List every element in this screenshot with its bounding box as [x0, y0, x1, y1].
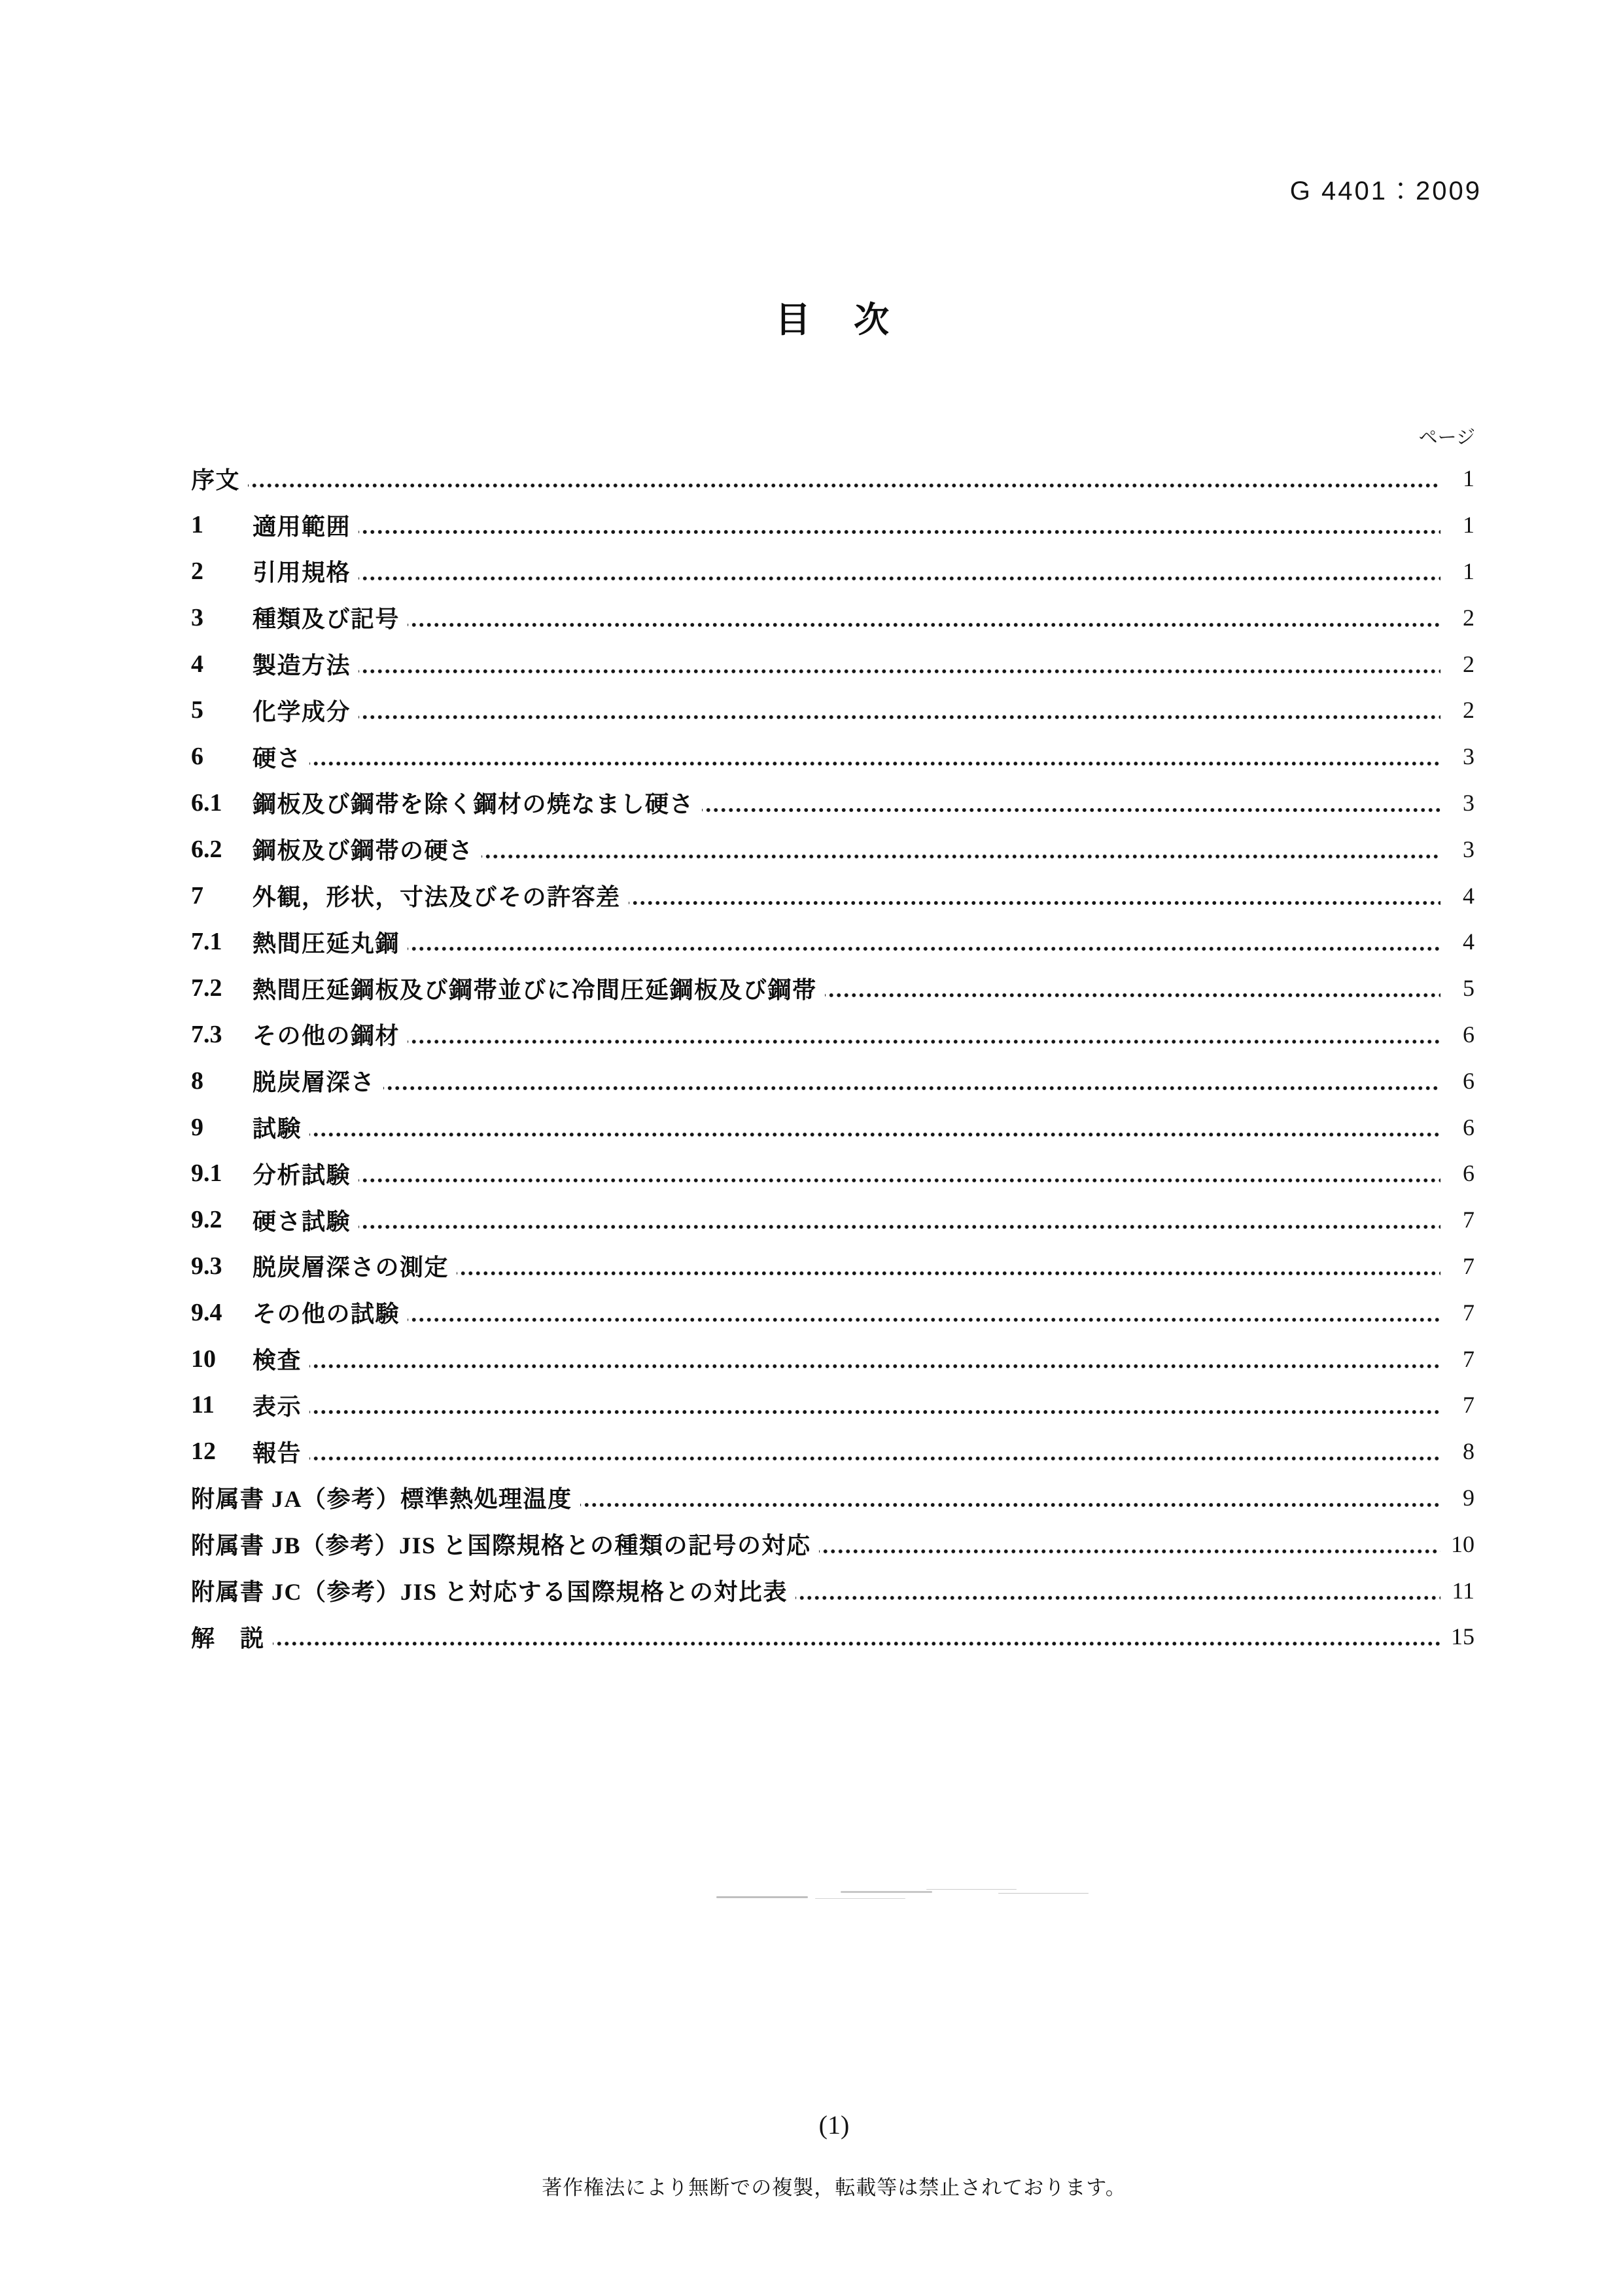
toc-item-page-number: 1 [1446, 465, 1475, 492]
toc-row: 5化学成分2 [191, 687, 1475, 733]
toc-item-page-number: 1 [1446, 511, 1475, 539]
toc-item-page-number: 5 [1446, 974, 1475, 1002]
toc-item-title: 熱間圧延丸鋼 [253, 925, 400, 959]
toc-item-title: 鋼板及び鋼帯を除く鋼材の焼なまし硬さ [253, 786, 694, 819]
toc-item-title: 解 説 [191, 1620, 265, 1653]
toc-item-title: 検査 [253, 1342, 302, 1375]
toc-item-title: 鋼板及び鋼帯の硬さ [253, 832, 474, 866]
copyright-notice: 著作権法により無断での複製，転載等は禁止されております。 [193, 2171, 1475, 2200]
toc-item-title: 分析試験 [253, 1157, 351, 1190]
dotted-leader [248, 464, 1440, 493]
dotted-leader [309, 1437, 1440, 1466]
toc-item-page-number: 3 [1446, 836, 1475, 863]
toc-item-page-number: 10 [1446, 1530, 1475, 1558]
toc-row: 附属書 JC（参考）JIS と対応する国際規格との対比表11 [191, 1567, 1475, 1614]
dotted-leader [819, 1530, 1440, 1559]
toc-item-number: 10 [191, 1345, 253, 1373]
toc-item-number: 2 [191, 557, 253, 586]
toc-item-number: 7.1 [191, 927, 253, 956]
toc-item-title: 硬さ [253, 740, 302, 773]
dotted-leader [273, 1622, 1440, 1651]
toc-item-page-number: 1 [1446, 557, 1475, 585]
dotted-leader [408, 1298, 1440, 1327]
toc-item-page-number: 6 [1446, 1021, 1475, 1048]
dotted-leader [309, 1113, 1440, 1142]
toc-row: 1適用範囲1 [191, 502, 1475, 548]
toc-row: 7.2熱間圧延鋼板及び鋼帯並びに冷間圧延鋼板及び鋼帯5 [191, 965, 1475, 1012]
toc-row: 9.2硬さ試験7 [191, 1197, 1475, 1243]
dotted-leader [481, 835, 1440, 864]
toc-item-title: 附属書 JC（参考）JIS と対応する国際規格との対比表 [191, 1574, 788, 1607]
toc-row: 序文1 [191, 455, 1475, 502]
page-title: 目 次 [193, 292, 1475, 342]
toc-row: 附属書 JA（参考）標準熱処理温度9 [191, 1475, 1475, 1521]
toc-item-page-number: 2 [1446, 650, 1475, 678]
toc-item-title: 化学成分 [253, 694, 351, 727]
toc-item-number: 4 [191, 650, 253, 679]
toc-item-number: 6.2 [191, 835, 253, 864]
toc-item-title: 種類及び記号 [253, 601, 400, 634]
dotted-leader [408, 927, 1440, 956]
toc-row: 7外観，形状，寸法及びその許容差4 [191, 872, 1475, 919]
toc-item-number: 7.2 [191, 974, 253, 1002]
dotted-leader [629, 881, 1440, 910]
toc-item-page-number: 15 [1446, 1623, 1475, 1650]
toc-item-number: 12 [191, 1437, 253, 1466]
toc-item-title: 脱炭層深さ [253, 1064, 375, 1097]
toc-item-page-number: 6 [1446, 1067, 1475, 1095]
toc-item-title: 硬さ試験 [253, 1203, 351, 1237]
toc-row: 6.1鋼板及び鋼帯を除く鋼材の焼なまし硬さ3 [191, 780, 1475, 826]
toc-item-page-number: 9 [1446, 1484, 1475, 1511]
toc-item-page-number: 7 [1446, 1206, 1475, 1233]
toc-row: 9.3脱炭層深さの測定7 [191, 1243, 1475, 1290]
dotted-leader [358, 696, 1440, 724]
toc-item-page-number: 7 [1446, 1345, 1475, 1373]
toc-item-page-number: 6 [1446, 1114, 1475, 1141]
toc-item-title: 適用範囲 [253, 508, 351, 542]
dotted-leader [358, 650, 1440, 679]
toc-item-number: 7.3 [191, 1020, 253, 1049]
toc-item-title: 序文 [191, 462, 240, 495]
dotted-leader [825, 974, 1440, 1002]
toc-row: 9.4その他の試験7 [191, 1289, 1475, 1335]
toc-row: 8脱炭層深さ6 [191, 1057, 1475, 1104]
toc-item-page-number: 8 [1446, 1438, 1475, 1465]
toc-item-number: 8 [191, 1067, 253, 1095]
toc-item-page-number: 3 [1446, 789, 1475, 817]
toc-item-page-number: 6 [1446, 1159, 1475, 1187]
toc-item-number: 9.4 [191, 1298, 253, 1327]
standard-code: G 4401：2009 [1290, 170, 1482, 207]
dotted-leader [358, 1159, 1440, 1188]
toc-item-title: 試験 [253, 1110, 302, 1144]
toc-item-number: 6.1 [191, 788, 253, 817]
toc-item-number: 1 [191, 510, 253, 539]
toc-item-page-number: 3 [1446, 743, 1475, 770]
toc-row: 9試験6 [191, 1104, 1475, 1150]
toc-item-page-number: 7 [1446, 1252, 1475, 1280]
toc-item-number: 3 [191, 603, 253, 632]
dotted-leader [383, 1067, 1440, 1095]
toc-item-page-number: 11 [1446, 1577, 1475, 1604]
dotted-leader [358, 1205, 1440, 1234]
toc-item-page-number: 4 [1446, 882, 1475, 910]
toc-item-title: 熱間圧延鋼板及び鋼帯並びに冷間圧延鋼板及び鋼帯 [253, 972, 817, 1005]
dotted-leader [580, 1483, 1441, 1512]
dotted-leader [309, 1390, 1440, 1419]
scan-noise-artifact [716, 1896, 808, 1898]
toc-item-page-number: 2 [1446, 696, 1475, 724]
page-column-label: ページ [1419, 423, 1475, 450]
toc-item-title: 脱炭層深さの測定 [253, 1249, 449, 1282]
toc-row: 11表示7 [191, 1382, 1475, 1428]
dotted-leader [358, 510, 1440, 539]
toc-item-number: 9.3 [191, 1252, 253, 1280]
dotted-leader [309, 1345, 1440, 1373]
table-of-contents: 序文11適用範囲12引用規格13種類及び記号24製造方法25化学成分26硬さ36… [191, 455, 1475, 1660]
toc-item-title: 報告 [253, 1435, 302, 1468]
toc-row: 12報告8 [191, 1428, 1475, 1475]
toc-item-title: その他の鋼材 [253, 1017, 400, 1051]
toc-row: 4製造方法2 [191, 641, 1475, 687]
toc-item-number: 9 [191, 1113, 253, 1142]
sheet-number: (1) [193, 2110, 1475, 2140]
toc-item-number: 9.1 [191, 1159, 253, 1188]
toc-item-number: 7 [191, 881, 253, 910]
toc-row: 3種類及び記号2 [191, 594, 1475, 641]
toc-row: 7.1熱間圧延丸鋼4 [191, 919, 1475, 965]
toc-item-number: 5 [191, 696, 253, 724]
toc-item-title: 引用規格 [253, 554, 351, 588]
dotted-leader [702, 788, 1440, 817]
toc-item-page-number: 7 [1446, 1299, 1475, 1326]
toc-item-title: 外観，形状，寸法及びその許容差 [253, 879, 621, 912]
toc-item-page-number: 4 [1446, 928, 1475, 955]
toc-row: 解 説15 [191, 1614, 1475, 1660]
toc-row: 2引用規格1 [191, 548, 1475, 595]
toc-row: 6硬さ3 [191, 733, 1475, 780]
dotted-leader [358, 557, 1440, 586]
toc-item-title: 表示 [253, 1388, 302, 1422]
dotted-leader [795, 1576, 1440, 1605]
toc-item-title: 製造方法 [253, 647, 351, 680]
toc-item-title: 附属書 JB（参考）JIS と国際規格との種類の記号の対応 [191, 1527, 811, 1561]
toc-row: 10検査7 [191, 1335, 1475, 1382]
toc-item-number: 9.2 [191, 1205, 253, 1234]
toc-row: 附属書 JB（参考）JIS と国際規格との種類の記号の対応10 [191, 1521, 1475, 1567]
toc-row: 7.3その他の鋼材6 [191, 1012, 1475, 1058]
toc-row: 9.1分析試験6 [191, 1150, 1475, 1197]
toc-item-number: 11 [191, 1390, 253, 1419]
toc-item-number: 6 [191, 742, 253, 771]
toc-item-title: その他の試験 [253, 1296, 400, 1329]
toc-item-title: 附属書 JA（参考）標準熱処理温度 [191, 1481, 572, 1514]
toc-row: 6.2鋼板及び鋼帯の硬さ3 [191, 826, 1475, 872]
dotted-leader [457, 1252, 1440, 1280]
toc-item-page-number: 7 [1446, 1391, 1475, 1419]
toc-item-page-number: 2 [1446, 604, 1475, 631]
dotted-leader [408, 1020, 1440, 1049]
dotted-leader [408, 603, 1440, 632]
dotted-leader [309, 742, 1440, 771]
